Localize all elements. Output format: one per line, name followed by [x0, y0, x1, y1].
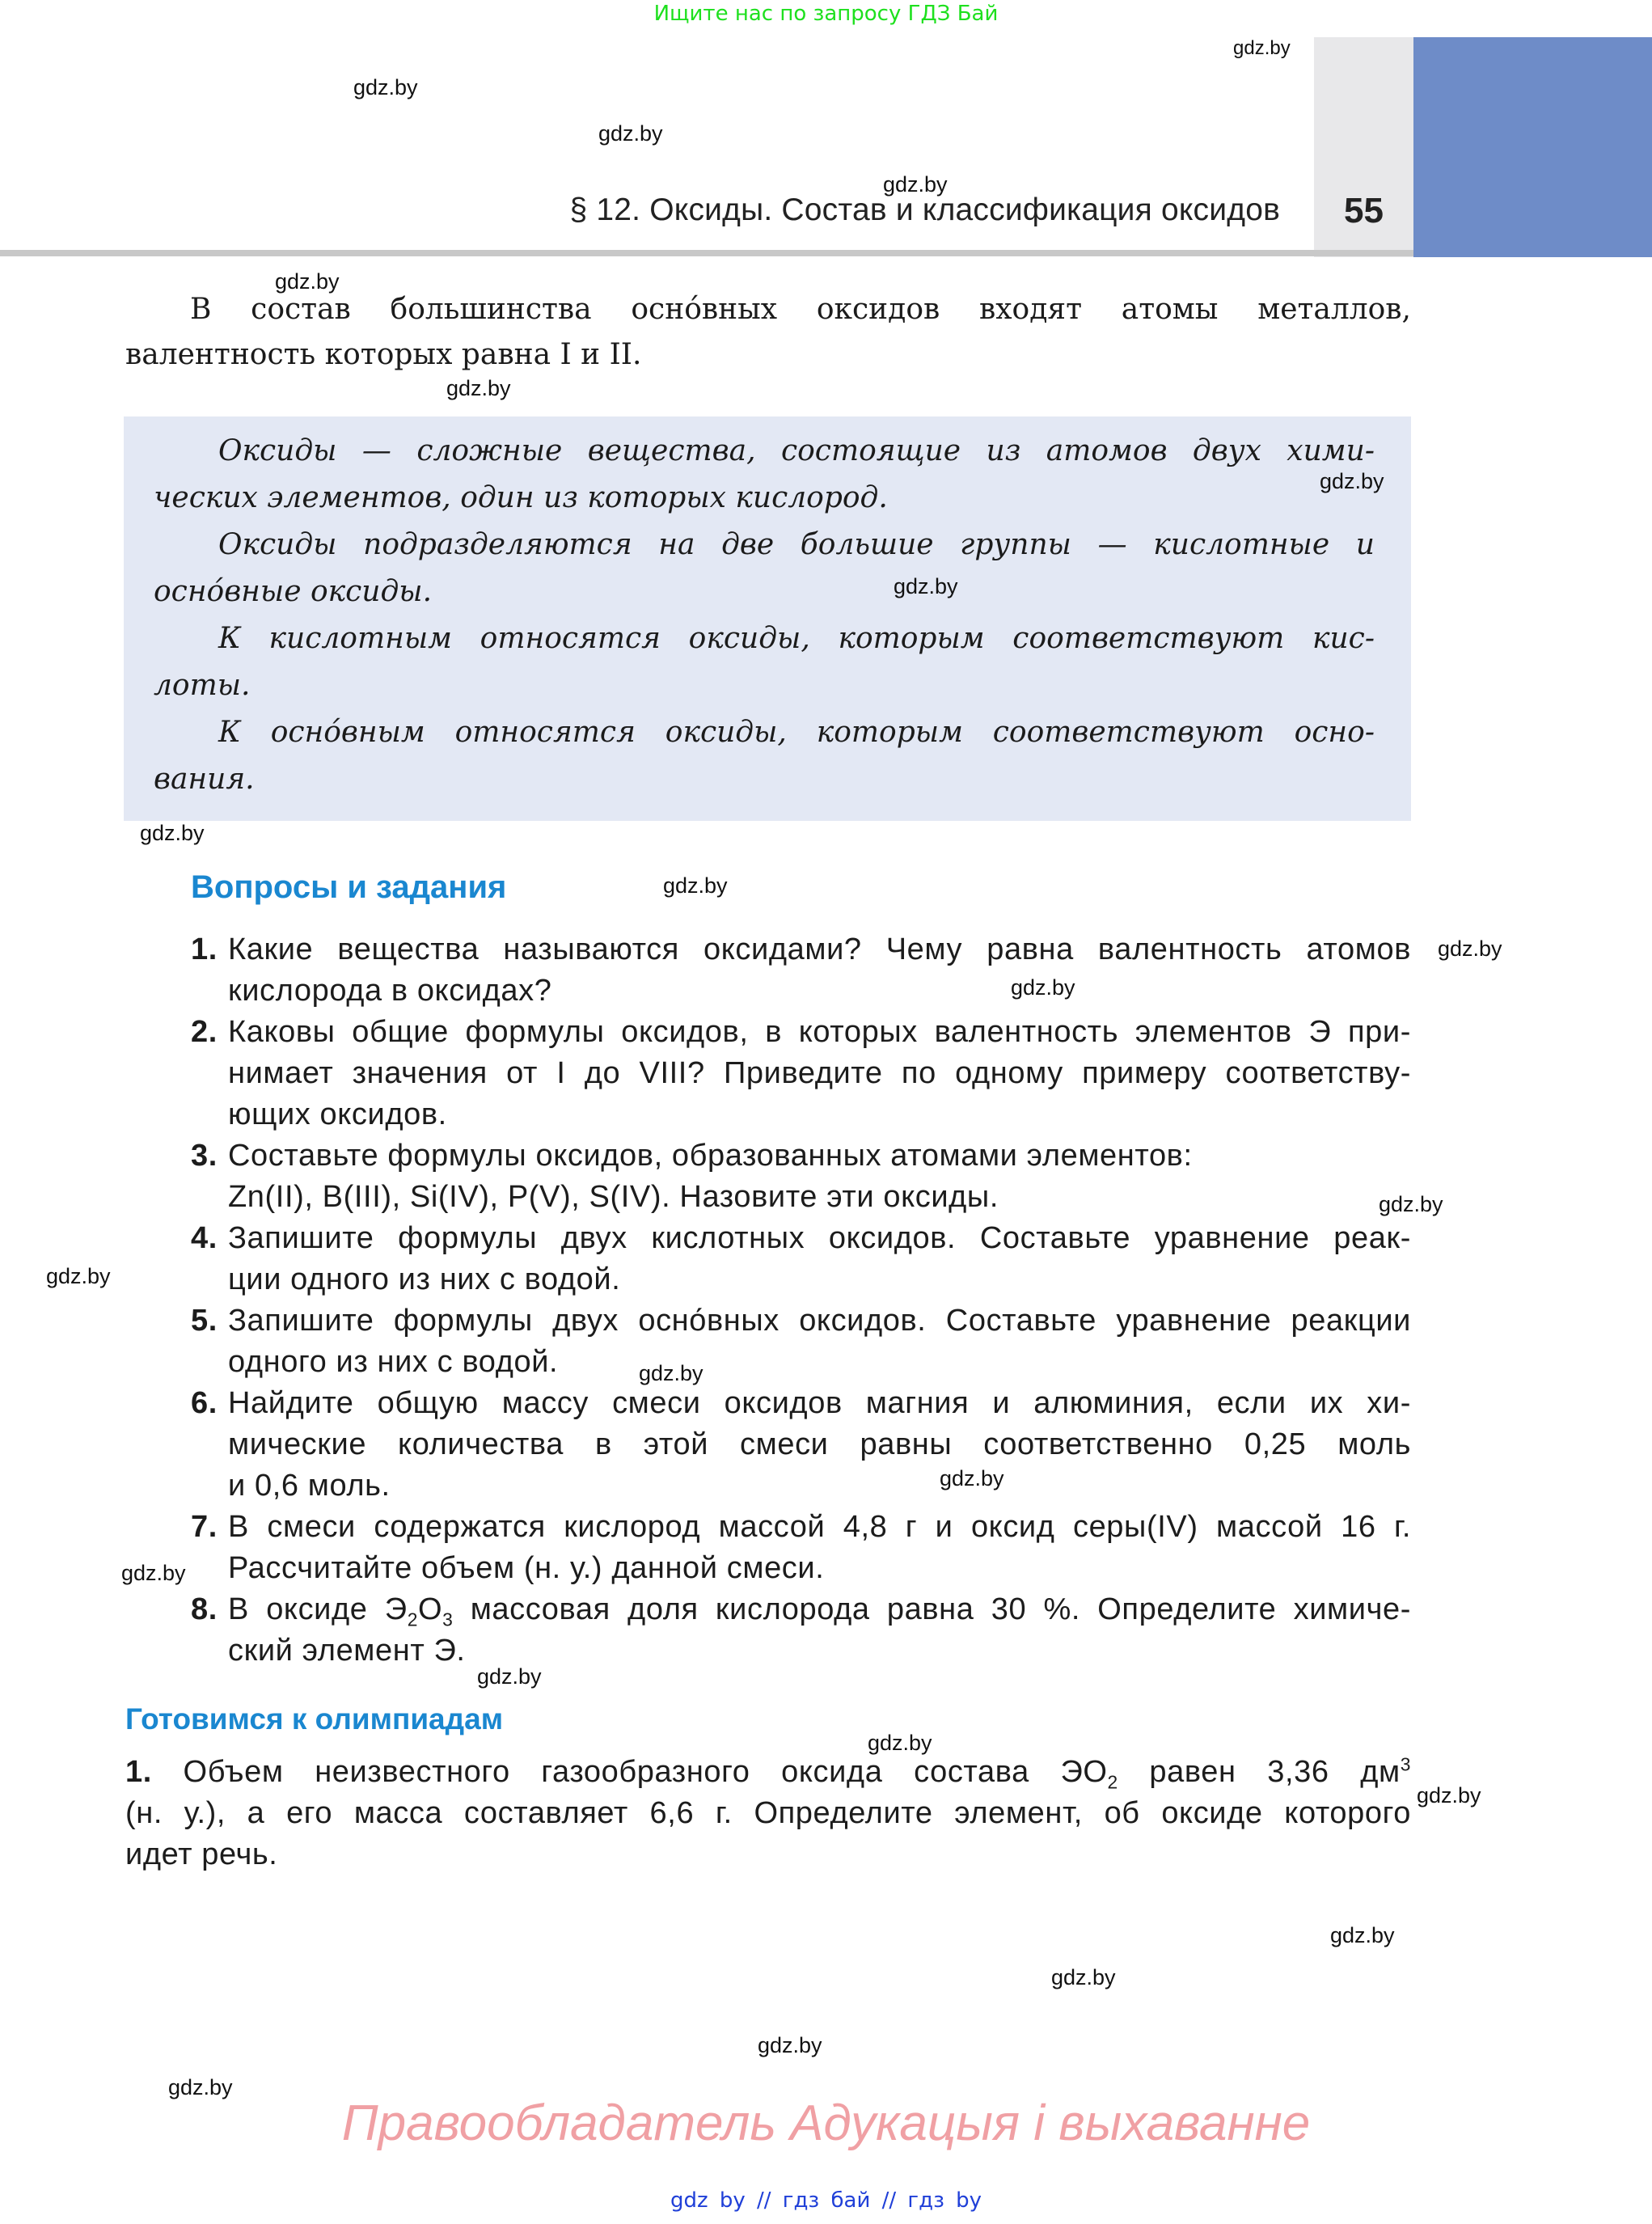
question-line: В смеси содержатся кислород массой 4,8 г… [228, 1510, 1411, 1545]
question-number: 7. [191, 1510, 218, 1545]
watermark: gdz.by [598, 121, 663, 146]
definition-box [124, 416, 1411, 821]
olympiad-line: 1. Объем неизвестного газообразного окси… [125, 1755, 1411, 1790]
definition-line: вания. [154, 763, 255, 796]
watermark: gdz.by [1438, 937, 1502, 962]
question-line: нимает значения от I до VIII? Приведите … [228, 1056, 1411, 1091]
watermark: gdz.by [1233, 37, 1291, 60]
olympiad-number: 1. [125, 1755, 152, 1789]
chapter-color-tab [1413, 37, 1652, 257]
question-number: 3. [191, 1139, 218, 1173]
question-number: 6. [191, 1386, 218, 1421]
watermark: gdz.by [758, 2033, 822, 2058]
question-number: 1. [191, 932, 218, 967]
question-line: одного из них с водой. [228, 1345, 558, 1380]
watermark: gdz.by [353, 75, 418, 100]
olympiad-line: идет речь. [125, 1837, 277, 1872]
footer-links[interactable]: gdz by // гдз бай // гдз by [0, 2188, 1652, 2213]
definition-line: Оксиды — сложные вещества, состоящие из … [154, 434, 1375, 467]
q8-text-mid: O [418, 1592, 442, 1626]
watermark: gdz.by [140, 821, 205, 846]
question-number: 4. [191, 1221, 218, 1256]
question-line: ский элемент Э. [228, 1634, 466, 1668]
question-line: Рассчитайте объем (н. у.) данной смеси. [228, 1551, 824, 1586]
question-line: ции одного из них с водой. [228, 1262, 620, 1297]
watermark: gdz.by [121, 1561, 186, 1586]
q8-text-start: В оксиде Э [228, 1592, 408, 1626]
q8-subscript: 3 [442, 1609, 453, 1630]
definition-line: ческих элементов, один из которых кислор… [154, 481, 888, 514]
question-line: Запишите формулы двух осно́вных оксидов.… [228, 1304, 1411, 1338]
watermark: gdz.by [940, 1466, 1004, 1491]
definition-line: Оксиды подразделяются на две большие гру… [154, 528, 1375, 561]
questions-heading: Вопросы и задания [191, 869, 506, 906]
watermark: gdz.by [1051, 1965, 1116, 1990]
watermark: gdz.by [477, 1664, 542, 1689]
olympiad-subscript: 2 [1108, 1772, 1118, 1793]
olympiad-superscript: 3 [1401, 1753, 1411, 1774]
question-line: Запишите формулы двух кислотных оксидов.… [228, 1221, 1411, 1256]
q8-subscript: 2 [408, 1609, 418, 1630]
question-line: Какие вещества называются оксидами? Чему… [228, 932, 1411, 967]
question-line: мические количества в этой смеси равны с… [228, 1427, 1411, 1462]
watermark: gdz.by [883, 172, 948, 197]
question-line: Zn(II), B(III), Si(IV), P(V), S(IV). Наз… [228, 1180, 999, 1215]
question-number: 8. [191, 1592, 218, 1627]
watermark: gdz.by [894, 574, 958, 599]
watermark: gdz.by [46, 1264, 111, 1289]
watermark: gdz.by [275, 269, 340, 294]
question-line: Найдите общую массу смеси оксидов магния… [228, 1386, 1411, 1421]
question-number: 5. [191, 1304, 218, 1338]
question-line: Каковы общие формулы оксидов, в которых … [228, 1015, 1411, 1050]
header-rule [0, 250, 1413, 256]
intro-line-1: В состав большинства осно́вных оксидов в… [125, 293, 1411, 326]
search-banner: Ищите нас по запросу ГДЗ Бай [0, 2, 1652, 26]
definition-line: К осно́вным относятся оксиды, которым со… [154, 716, 1375, 749]
definition-line: лоты. [154, 669, 251, 702]
intro-line-2: валентность которых равна I и II. [125, 338, 641, 371]
watermark: gdz.by [1330, 1923, 1395, 1948]
section-title: § 12. Оксиды. Состав и классификация окс… [569, 192, 1280, 228]
olympiad-line: (н. у.), а его масса составляет 6,6 г. О… [125, 1796, 1411, 1831]
question-number: 2. [191, 1015, 218, 1050]
question-line: ющих оксидов. [228, 1097, 447, 1132]
question-line: В оксиде Э2O3 массовая доля кислорода ра… [228, 1592, 1411, 1627]
q8-text-end: массовая доля кислорода равна 30 %. Опре… [453, 1592, 1411, 1626]
olympiad-heading: Готовимся к олимпиадам [125, 1702, 503, 1736]
definition-line: осно́вные оксиды. [154, 575, 432, 608]
page-number: 55 [1344, 191, 1384, 231]
watermark: gdz.by [868, 1731, 932, 1756]
olympiad-text-end: равен 3,36 дм [1118, 1755, 1401, 1789]
watermark: gdz.by [639, 1361, 703, 1386]
question-line: Составьте формулы оксидов, образованных … [228, 1139, 1193, 1173]
question-line: кислорода в оксидах? [228, 974, 551, 1008]
watermark: gdz.by [446, 376, 511, 401]
watermark: gdz.by [1379, 1192, 1443, 1217]
question-line: и 0,6 моль. [228, 1469, 391, 1503]
watermark: gdz.by [1011, 975, 1075, 1000]
watermark: gdz.by [663, 873, 728, 898]
watermark: gdz.by [1320, 469, 1384, 494]
copyright-notice: Правообладатель Адукацыя і выхаванне [0, 2095, 1652, 2152]
olympiad-text-start: Объем неизвестного газообразного оксида … [184, 1755, 1108, 1789]
definition-line: К кислотным относятся оксиды, которым со… [154, 622, 1375, 655]
watermark: gdz.by [1417, 1783, 1481, 1808]
